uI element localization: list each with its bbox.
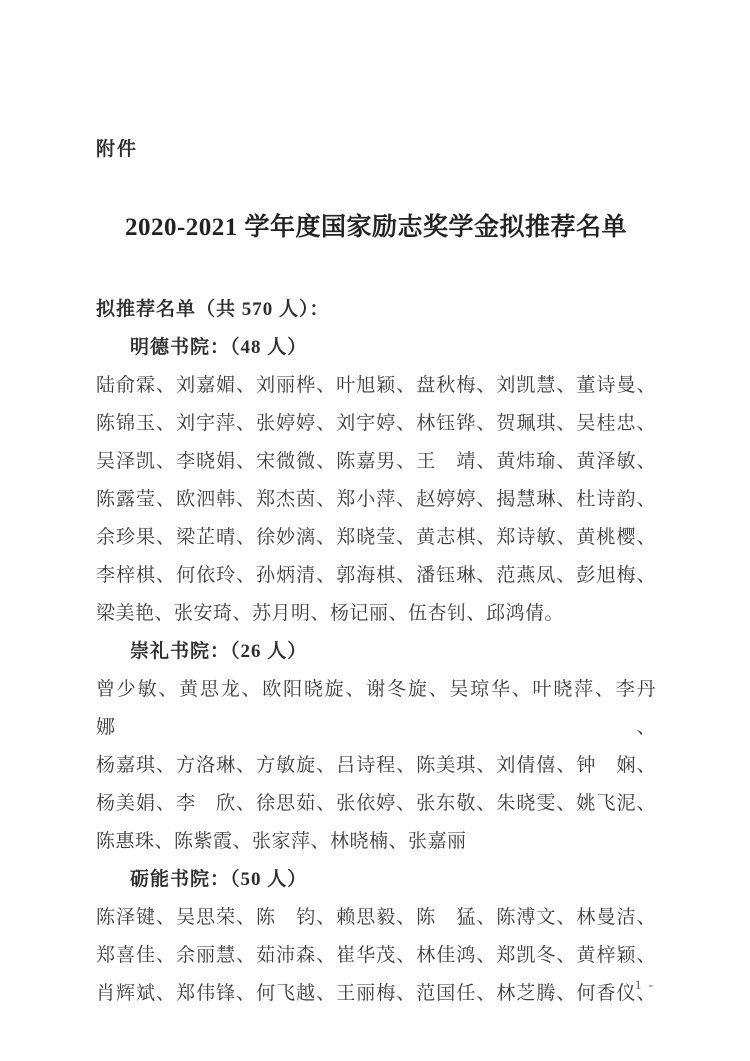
name-line: 陈泽键、吴思荣、陈 钧、赖思毅、陈 猛、陈溥文、林曼洁、: [96, 899, 656, 937]
recommendation-list-intro: 拟推荐名单（共 570 人）：: [96, 291, 656, 329]
name-line: 余珍果、梁芷晴、徐妙漓、郑晓莹、黄志棋、郑诗敏、黄桃樱、: [96, 519, 656, 557]
document-title: 2020-2021 学年度国家励志奖学金拟推荐名单: [96, 207, 656, 243]
name-line: 杨美娟、李 欣、徐思茹、张依婷、张东敬、朱晓雯、姚飞泥、: [96, 785, 656, 823]
attachment-label: 附件: [96, 134, 656, 161]
section-header: 砺能书院：（50 人）: [96, 861, 656, 899]
name-line: 陆俞霖、刘嘉媚、刘丽桦、叶旭颖、盘秋梅、刘凯慧、董诗曼、: [96, 367, 656, 405]
page-number: - 1 -: [623, 977, 655, 993]
name-line: 陈惠珠、陈紫霞、张家萍、林晓楠、张嘉丽: [96, 823, 656, 861]
section-header: 崇礼书院：（26 人）: [96, 633, 656, 671]
name-line: 陈露莹、欧泗韩、郑杰茵、郑小萍、赵婷婷、揭慧琳、杜诗韵、: [96, 481, 656, 519]
name-line: 梁美艳、张安琦、苏月明、杨记丽、伍杏钊、邱鸿倩。: [96, 595, 656, 633]
document-content: 附件 2020-2021 学年度国家励志奖学金拟推荐名单 拟推荐名单（共 570…: [96, 134, 656, 1013]
document-page: 附件 2020-2021 学年度国家励志奖学金拟推荐名单 拟推荐名单（共 570…: [0, 0, 750, 1061]
name-line: 郑喜佳、余丽慧、茹沛森、崔华茂、林佳鸿、郑凯冬、黄梓颖、: [96, 937, 656, 975]
name-line: 曾少敏、黄思龙、欧阳晓旋、谢冬旋、吴琼华、叶晓萍、李丹娜、: [96, 671, 656, 747]
name-line: 吴泽凯、李晓娟、宋微微、陈嘉男、王 靖、黄炜瑜、黄泽敏、: [96, 443, 656, 481]
name-line: 肖辉斌、郑伟锋、何飞越、王丽梅、范国任、林芝腾、何香仪、: [96, 975, 656, 1013]
name-line: 陈锦玉、刘宇萍、张婷婷、刘宇婷、林钰铧、贺珮琪、吴桂忠、: [96, 405, 656, 443]
name-line: 杨嘉琪、方洛琳、方敏旋、吕诗程、陈美琪、刘倩僖、钟 娴、: [96, 747, 656, 785]
section-header: 明德书院：（48 人）: [96, 329, 656, 367]
name-line: 李梓棋、何依玲、孙炳清、郭海棋、潘钰琳、范燕凤、彭旭梅、: [96, 557, 656, 595]
college-sections: 明德书院：（48 人）陆俞霖、刘嘉媚、刘丽桦、叶旭颖、盘秋梅、刘凯慧、董诗曼、陈…: [96, 329, 656, 1013]
